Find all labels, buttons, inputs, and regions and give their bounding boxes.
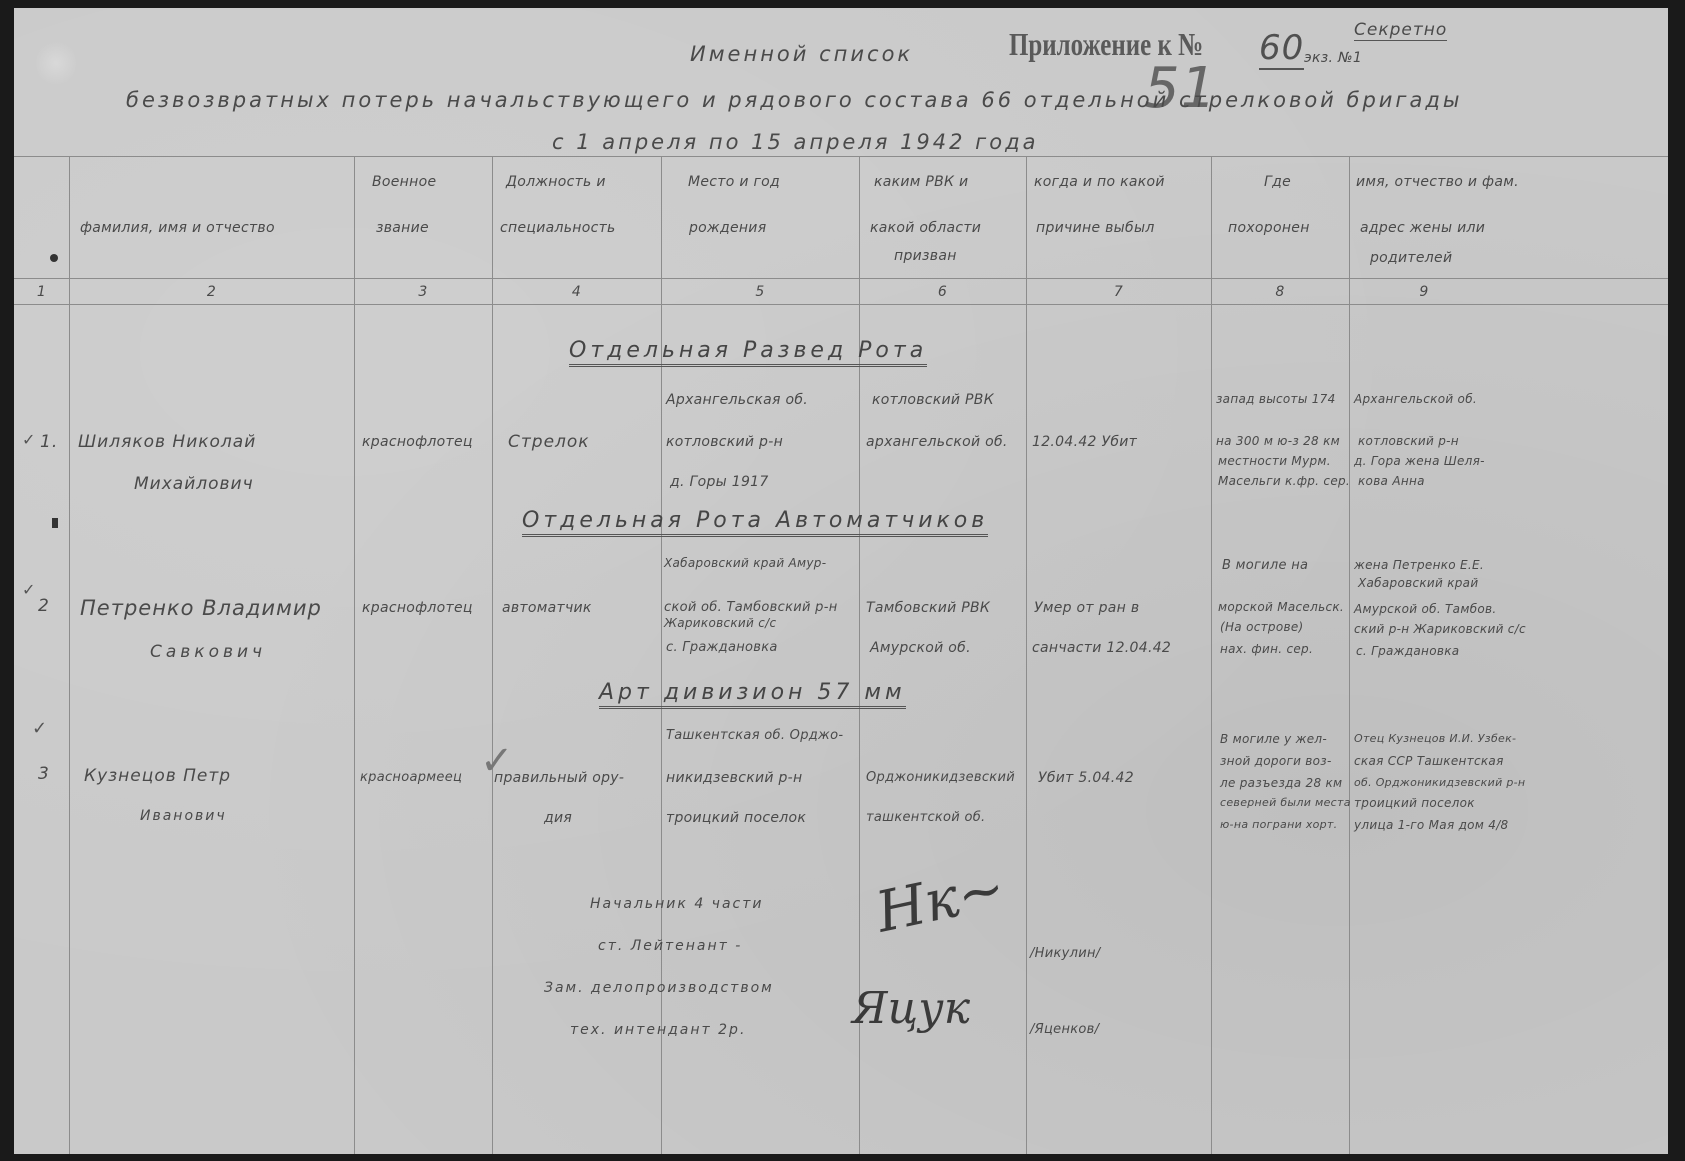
burial-place: В могиле у жел-: [1220, 732, 1327, 746]
copy-mark: экз. №1: [1304, 50, 1362, 66]
birth-place: никидзевский р-н: [666, 770, 803, 786]
col-header-birth: Место и год: [688, 174, 780, 190]
col-header-position: Должность и: [506, 174, 606, 190]
check-mark: ✓: [22, 430, 35, 449]
birth-place: с. Граждановка: [666, 640, 778, 655]
soldier-name: Кузнецов Петр: [84, 766, 231, 786]
draft-office: Орджоникидзевский: [866, 770, 1015, 785]
table-top-border: [14, 156, 1668, 157]
burial-place: на 300 м ю-з 28 км: [1216, 434, 1340, 448]
soldier-rank: краснофлотец: [362, 600, 473, 616]
col-header-birth-2: рождения: [689, 220, 766, 236]
document-subtitle: безвозвратных потерь начальствующего и р…: [126, 88, 1462, 112]
birth-place: Хабаровский край Амур-: [664, 556, 826, 570]
punch-hole: [36, 38, 76, 88]
col-header-rvk-2: какой области: [870, 220, 981, 236]
col-divider: [1349, 156, 1350, 1154]
soldier-position: правильный ору-: [494, 770, 624, 786]
burial-place: северней были места: [1220, 796, 1351, 809]
burial-place: В могиле на: [1222, 558, 1308, 573]
signature-deputy: Яцук: [852, 983, 970, 1034]
col-num: 6: [859, 284, 1026, 300]
birth-place: троицкий поселок: [666, 810, 806, 826]
col-header-rvk: каким РВК и: [874, 174, 968, 190]
col-num: 3: [354, 284, 492, 300]
relatives-address: троицкий поселок: [1354, 796, 1475, 810]
col-header-position-2: специальность: [500, 220, 616, 236]
col-num: 8: [1211, 284, 1349, 300]
signatory-role: Зам. делопроизводством: [544, 980, 774, 996]
draft-office: котловский РВК: [872, 392, 994, 408]
col-header-relatives-3: родителей: [1370, 250, 1452, 266]
soldier-position: автоматчик: [502, 600, 592, 616]
signatory-role: Начальник 4 части: [590, 896, 763, 912]
relatives-address: Амурской об. Тамбов.: [1354, 602, 1497, 616]
col-divider: [492, 156, 493, 1154]
col-header-rank: Военное: [372, 174, 436, 190]
col-header-rvk-3: призван: [894, 248, 957, 264]
row-number: 2: [38, 596, 50, 616]
document-sheet: Именной список Приложение к № 60 Секретн…: [14, 8, 1668, 1154]
relatives-address: ская ССР Ташкентская: [1354, 754, 1504, 768]
burial-place: Масельги к.фр. сер.: [1218, 474, 1350, 488]
col-num: 7: [1026, 284, 1211, 300]
signatory-role: тех. интендант 2р.: [570, 1022, 746, 1038]
loss-reason: 12.04.42 Убит: [1032, 434, 1137, 450]
relatives-address: об. Орджоникидзевский р-н: [1354, 776, 1525, 789]
birth-place: Ташкентская об. Орджо-: [666, 728, 843, 743]
col-header-reason: когда и по какой: [1034, 174, 1165, 190]
col-num: 5: [661, 284, 859, 300]
birth-place: д. Горы 1917: [670, 474, 769, 490]
birth-place: Жариковский с/с: [664, 616, 776, 630]
col-divider: [354, 156, 355, 1154]
col-num: 2: [69, 284, 354, 300]
row-number: 1.: [40, 432, 58, 452]
header-bottom-border: [14, 278, 1668, 279]
soldier-name: Шиляков Николай: [78, 432, 256, 452]
col-divider: [1211, 156, 1212, 1154]
colnum-bottom-border: [14, 304, 1668, 305]
relatives-address: с. Граждановка: [1356, 644, 1459, 658]
burial-place: ле разъезда 28 км: [1220, 776, 1342, 790]
soldier-patronymic: Иванович: [140, 808, 227, 824]
burial-place: (На острове): [1220, 620, 1304, 634]
col-header-buried-2: похоронен: [1228, 220, 1310, 236]
burial-place: ю-на пограни хорт.: [1220, 818, 1337, 831]
burial-place: запад высоты 174: [1216, 392, 1336, 406]
col-num: 9: [1349, 284, 1499, 300]
loss-reason: санчасти 12.04.42: [1032, 640, 1171, 656]
col-num: 4: [492, 284, 661, 300]
burial-place: зной дороги воз-: [1220, 754, 1332, 768]
signatory-role: ст. Лейтенант -: [598, 938, 742, 954]
col-header-buried: Где: [1264, 174, 1291, 190]
draft-office: Амурской об.: [870, 640, 971, 656]
signatory-name: /Никулин/: [1030, 946, 1101, 961]
burial-place: местности Мурм.: [1218, 454, 1331, 468]
relatives-address: котловский р-н: [1358, 434, 1459, 448]
birth-place: Архангельская об.: [666, 392, 808, 408]
col-header-reason-2: причине выбыл: [1036, 220, 1155, 236]
relatives-address: кова Анна: [1358, 474, 1425, 488]
relatives-address: д. Гора жена Шеля-: [1354, 454, 1485, 468]
burial-place: морской Масельск.: [1218, 600, 1344, 614]
loss-reason: Убит 5.04.42: [1038, 770, 1134, 786]
section-title-recon: Отдельная Развед Рота: [569, 338, 927, 367]
section-title-artillery: Арт дивизион 57 мм: [599, 680, 906, 709]
col-divider: [69, 156, 70, 1154]
secret-mark: Секретно: [1354, 20, 1447, 41]
draft-office: Тамбовский РВК: [866, 600, 990, 616]
relatives-address: Архангельской об.: [1354, 392, 1477, 406]
col-header-rank-2: звание: [376, 220, 429, 236]
loss-reason: Умер от ран в: [1034, 600, 1139, 616]
soldier-rank: краснофлотец: [362, 434, 473, 450]
document-period: с 1 апреля по 15 апреля 1942 года: [552, 130, 1038, 154]
signatory-name: /Яценков/: [1030, 1022, 1099, 1037]
soldier-name: Петренко Владимир: [80, 596, 322, 620]
document-title: Именной список: [690, 42, 913, 66]
relatives-address: ский р-н Жариковский с/с: [1354, 622, 1526, 636]
draft-office: ташкентской об.: [866, 810, 986, 825]
relatives-address: Отец Кузнецов И.И. Узбек-: [1354, 732, 1516, 745]
col-header-relatives: имя, отчество и фам.: [1356, 174, 1519, 190]
relatives-address: жена Петренко Е.Е.: [1354, 558, 1484, 572]
signature-chief: Нк~: [871, 855, 1011, 945]
relatives-address: улица 1-го Мая дом 4/8: [1354, 818, 1509, 832]
section-title-submachine: Отдельная Рота Автоматчиков: [522, 508, 988, 537]
burial-place: нах. фин. сер.: [1220, 642, 1313, 656]
col-num: 1: [14, 284, 69, 300]
soldier-position: Стрелок: [508, 432, 590, 452]
relatives-address: Хабаровский край: [1358, 576, 1478, 590]
col-header-relatives-2: адрес жены или: [1360, 220, 1485, 236]
soldier-patronymic: Михайлович: [134, 474, 254, 494]
soldier-rank: красноармеец: [360, 770, 462, 785]
col-header-name: фамилия, имя и отчество: [80, 220, 275, 236]
punch-hole: [52, 518, 58, 528]
appendix-number: 60: [1259, 28, 1304, 70]
col-divider: [661, 156, 662, 1154]
check-mark: ✓: [32, 718, 47, 739]
birth-place: ской об. Тамбовский р-н: [664, 600, 838, 615]
check-mark: ✓: [22, 580, 35, 599]
row-number: 3: [38, 764, 50, 784]
soldier-position: дия: [544, 810, 572, 826]
birth-place: котловский р-н: [666, 434, 783, 450]
col-divider: [1026, 156, 1027, 1154]
punch-hole: [50, 254, 58, 262]
draft-office: архангельской об.: [866, 434, 1008, 450]
soldier-patronymic: Савкович: [150, 642, 266, 662]
